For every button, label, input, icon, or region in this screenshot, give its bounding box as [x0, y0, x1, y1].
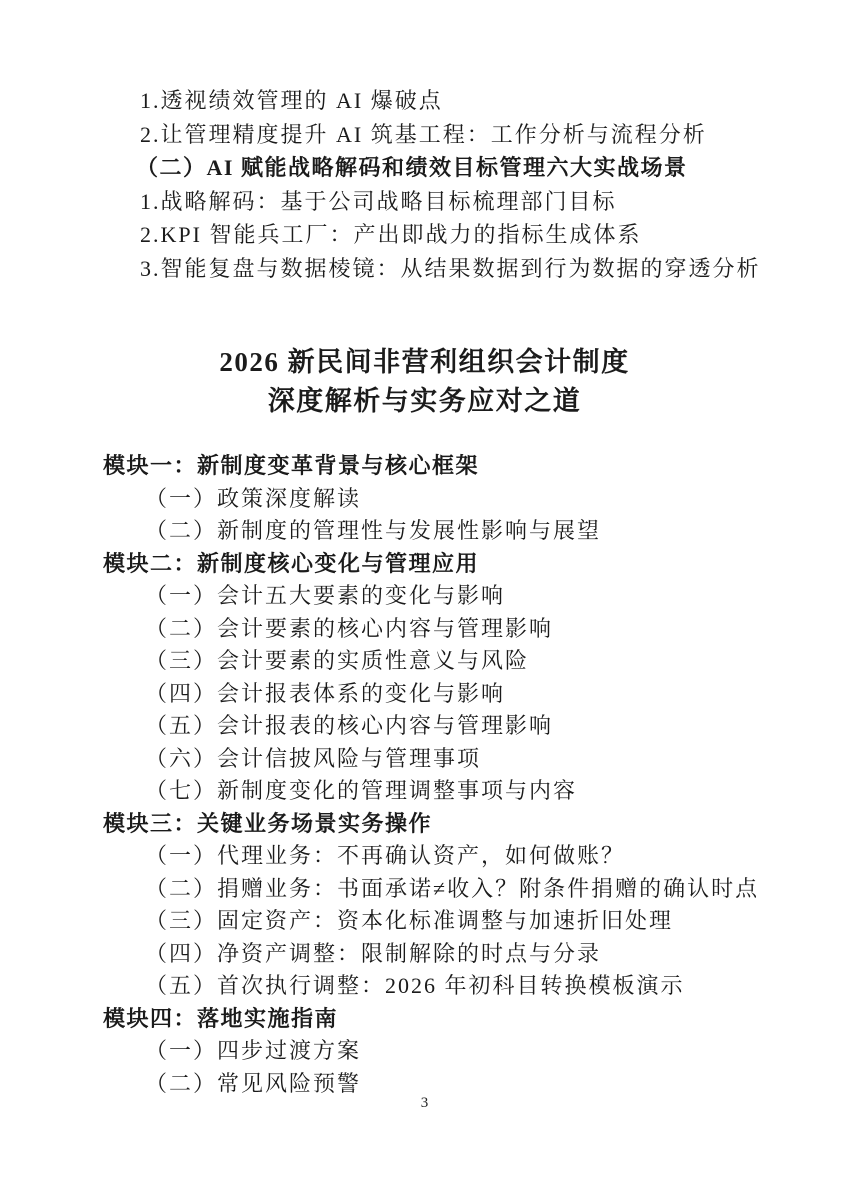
module-item: （四）净资产调整：限制解除的时点与分录 — [145, 938, 759, 971]
module-heading: 模块二：新制度核心变化与管理应用 — [103, 548, 759, 581]
module-item: （二）会计要素的核心内容与管理影响 — [145, 613, 759, 646]
outline-subsection-heading: （二）AI 赋能战略解码和绩效目标管理六大实战场景 — [136, 151, 759, 185]
outline-numbered-item: 3.智能复盘与数据棱镜：从结果数据到行为数据的穿透分析 — [140, 252, 759, 286]
document-title-line-1: 2026 新民间非营利组织会计制度 — [0, 343, 849, 382]
page-number: 3 — [0, 1095, 849, 1112]
document-content: 1.透视绩效管理的 AI 爆破点 2.让管理精度提升 AI 筑基工程：工作分析与… — [0, 0, 849, 1100]
module-heading: 模块四：落地实施指南 — [103, 1003, 759, 1036]
module-item: （一）会计五大要素的变化与影响 — [145, 580, 759, 613]
module-item: （三）固定资产：资本化标准调整与加速折旧处理 — [145, 905, 759, 938]
module-item: （一）政策深度解读 — [145, 483, 759, 516]
module-item: （一）代理业务：不再确认资产，如何做账？ — [145, 840, 759, 873]
course-outline: 模块一：新制度变革背景与核心框架 （一）政策深度解读 （二）新制度的管理性与发展… — [103, 450, 759, 1100]
module-item: （四）会计报表体系的变化与影响 — [145, 678, 759, 711]
module-item: （三）会计要素的实质性意义与风险 — [145, 645, 759, 678]
module-item: （二）捐赠业务：书面承诺≠收入？附条件捐赠的确认时点 — [145, 873, 759, 906]
outline-numbered-item: 1.透视绩效管理的 AI 爆破点 — [140, 84, 759, 118]
document-page: 1.透视绩效管理的 AI 爆破点 2.让管理精度提升 AI 筑基工程：工作分析与… — [0, 0, 849, 1200]
module-item: （一）四步过渡方案 — [145, 1035, 759, 1068]
module-heading: 模块三：关键业务场景实务操作 — [103, 808, 759, 841]
document-title: 2026 新民间非营利组织会计制度 深度解析与实务应对之道 — [0, 343, 849, 421]
module-heading: 模块一：新制度变革背景与核心框架 — [103, 450, 759, 483]
module-item: （五）会计报表的核心内容与管理影响 — [145, 710, 759, 743]
module-item: （五）首次执行调整：2026 年初科目转换模板演示 — [145, 970, 759, 1003]
outline-numbered-item: 2.让管理精度提升 AI 筑基工程：工作分析与流程分析 — [140, 118, 759, 152]
module-item: （六）会计信披风险与管理事项 — [145, 743, 759, 776]
module-item: （七）新制度变化的管理调整事项与内容 — [145, 775, 759, 808]
intro-outline-section: 1.透视绩效管理的 AI 爆破点 2.让管理精度提升 AI 筑基工程：工作分析与… — [103, 84, 759, 285]
document-title-line-2: 深度解析与实务应对之道 — [0, 382, 849, 421]
module-item: （二）新制度的管理性与发展性影响与展望 — [145, 515, 759, 548]
outline-numbered-item: 2.KPI 智能兵工厂：产出即战力的指标生成体系 — [140, 218, 759, 252]
outline-numbered-item: 1.战略解码：基于公司战略目标梳理部门目标 — [140, 185, 759, 219]
